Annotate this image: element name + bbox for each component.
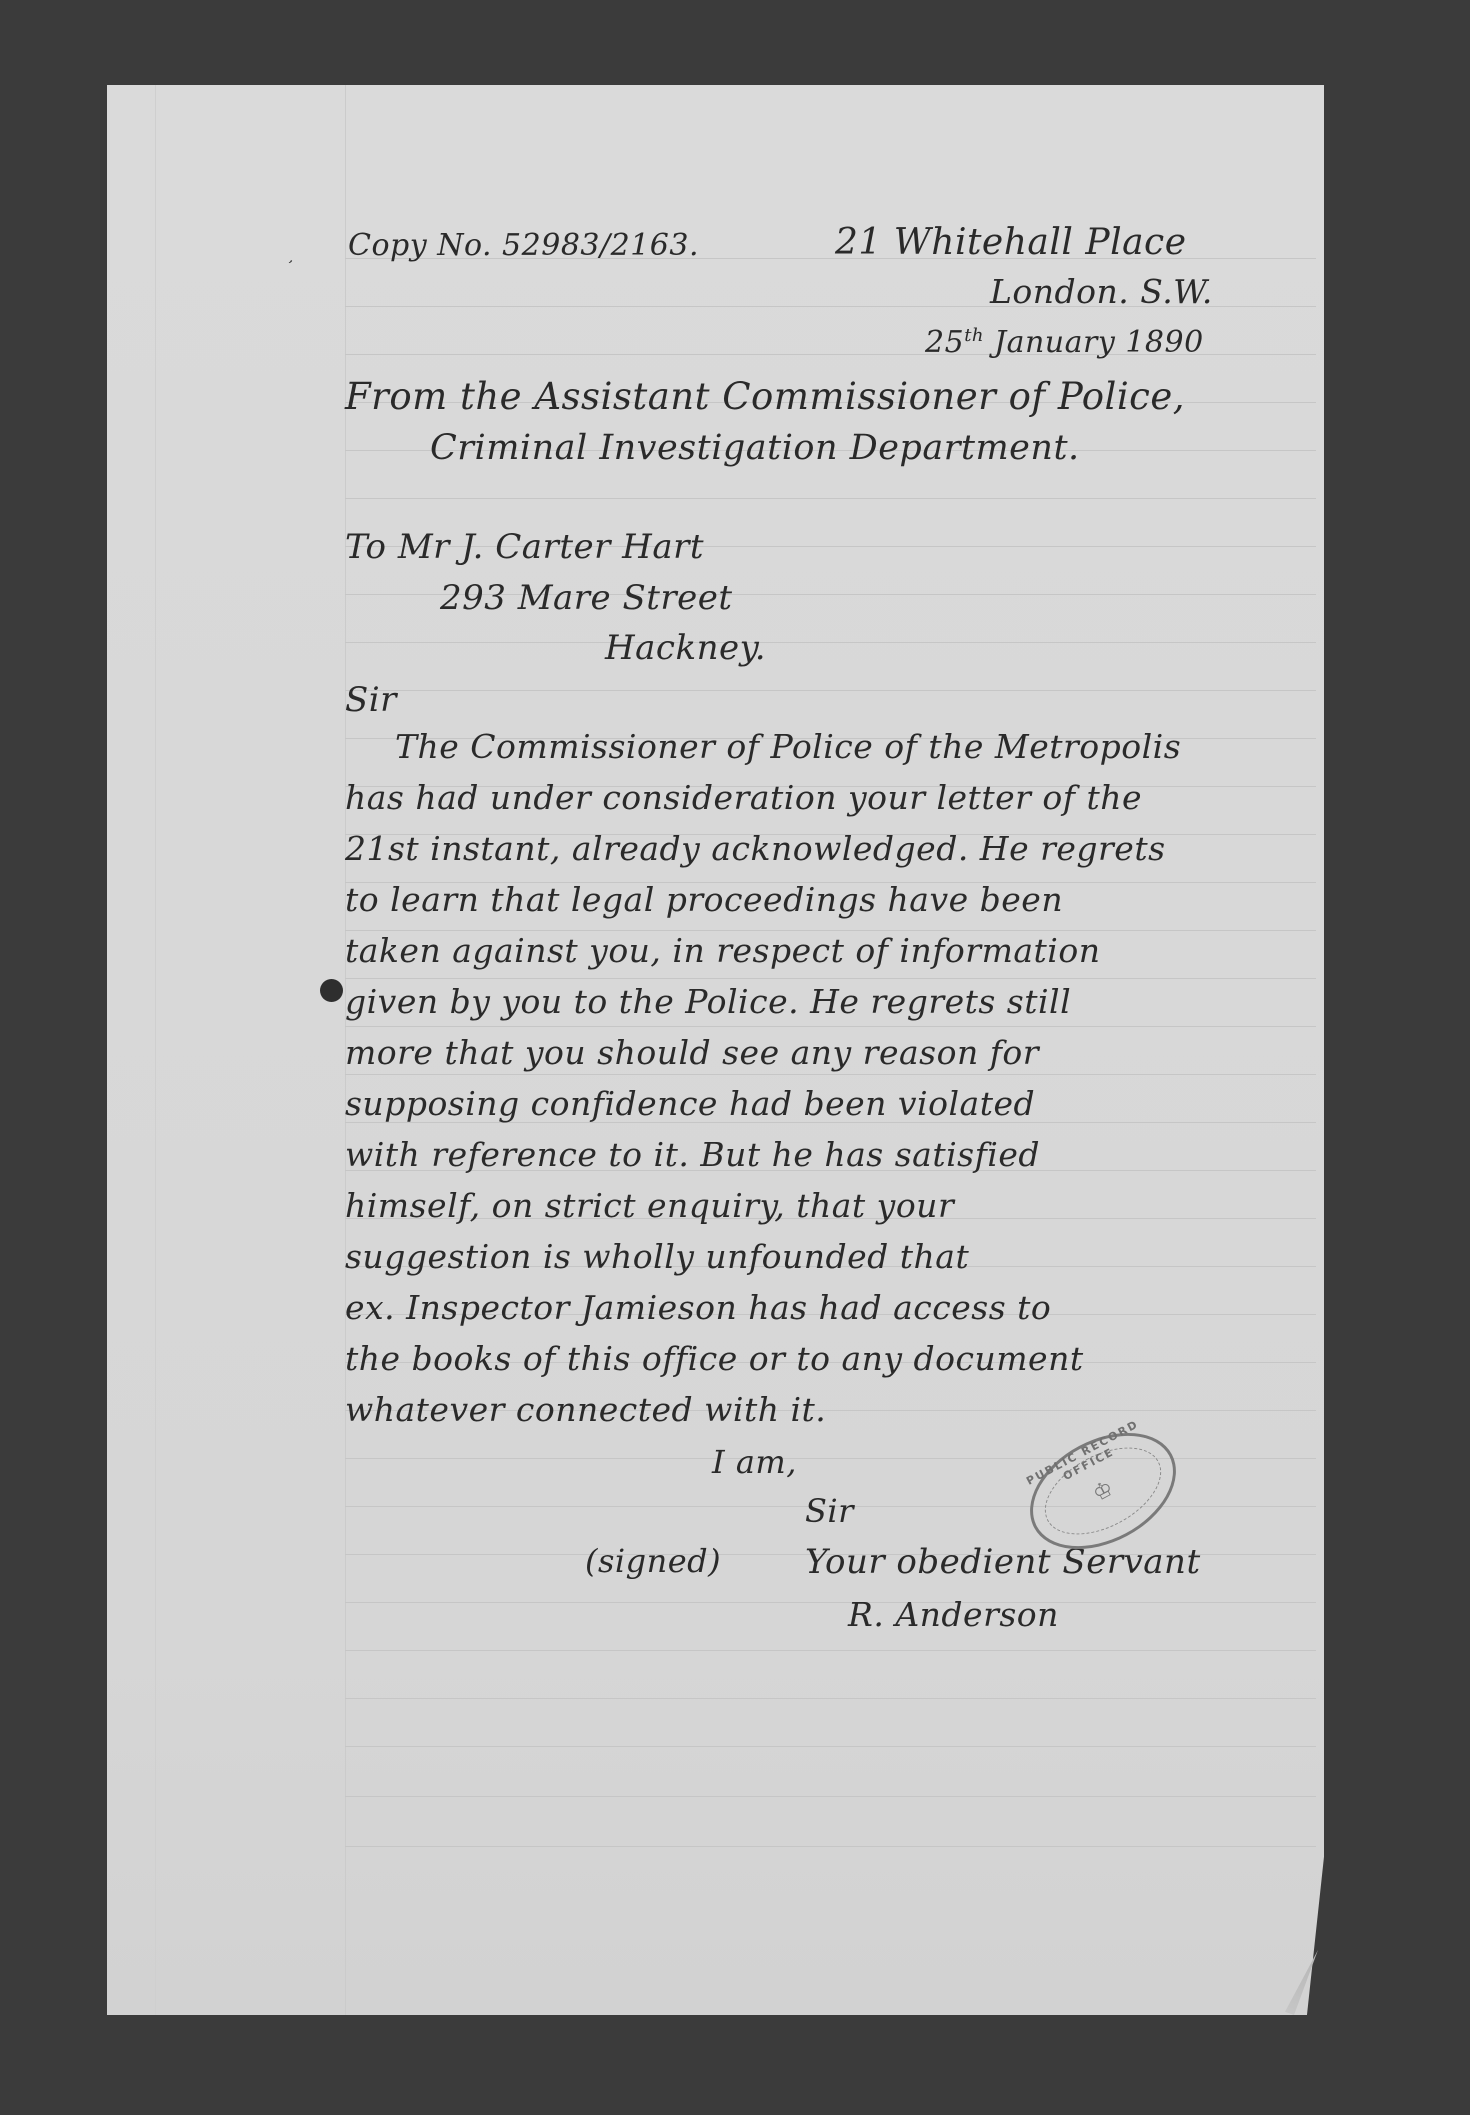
- body-line: whatever connected with it.: [345, 1390, 826, 1429]
- ruled-line: [345, 978, 1316, 979]
- date-rest: January 1890: [994, 325, 1204, 360]
- body-line: supposing confidence had been violated: [345, 1084, 1035, 1123]
- ruled-line: [345, 1602, 1316, 1603]
- closing-sir: Sir: [805, 1492, 854, 1530]
- letter-date: 25th January 1890: [925, 325, 1204, 360]
- sender-address-line1: 21 Whitehall Place: [835, 222, 1187, 263]
- body-line: ex. Inspector Jamieson has had access to: [345, 1288, 1051, 1327]
- punch-hole: [320, 979, 343, 1002]
- ruled-line: [345, 1074, 1316, 1075]
- recipient-name: To Mr J. Carter Hart: [345, 527, 704, 567]
- ruled-line: [345, 1698, 1316, 1699]
- ruled-line: [345, 1846, 1316, 1847]
- date-suffix: th: [964, 325, 984, 346]
- outer-margin-rule: [155, 85, 156, 2015]
- ruled-line: [345, 1796, 1316, 1797]
- recipient-street: 293 Mare Street: [440, 578, 733, 618]
- ink-speck: ,: [287, 250, 297, 267]
- body-line: The Commissioner of Police of the Metrop…: [395, 727, 1181, 766]
- recipient-district: Hackney.: [605, 628, 766, 668]
- date-day: 25: [925, 325, 964, 360]
- copy-reference: Copy No. 52983/2163.: [348, 228, 699, 263]
- ruled-line: [345, 642, 1316, 643]
- ruled-line: [345, 498, 1316, 499]
- ruled-line: [345, 690, 1316, 691]
- sender-address-line2: London. S.W.: [990, 272, 1213, 311]
- ruled-line: [345, 1746, 1316, 1747]
- body-line: suggestion is wholly unfounded that: [345, 1237, 969, 1276]
- salutation: Sir: [345, 680, 397, 720]
- body-line: given by you to the Police. He regrets s…: [345, 982, 1071, 1021]
- body-line: more that you should see any reason for: [345, 1033, 1039, 1072]
- body-line: taken against you, in respect of informa…: [345, 931, 1100, 970]
- closing-i-am: I am,: [712, 1443, 797, 1481]
- body-line: has had under consideration your letter …: [345, 778, 1142, 817]
- ruled-line: [345, 1026, 1316, 1027]
- body-line: with reference to it. But he has satisfi…: [345, 1135, 1040, 1174]
- body-line: the books of this office or to any docum…: [345, 1339, 1084, 1378]
- signature: R. Anderson: [848, 1595, 1059, 1634]
- signed-note: (signed): [585, 1542, 721, 1580]
- body-line: 21st instant, already acknowledged. He r…: [345, 829, 1166, 868]
- body-line: to learn that legal proceedings have bee…: [345, 880, 1063, 919]
- closing-servant: Your obedient Servant: [805, 1542, 1201, 1582]
- body-line: himself, on strict enquiry, that your: [345, 1186, 954, 1225]
- from-line1: From the Assistant Commissioner of Polic…: [345, 375, 1185, 418]
- ruled-line: [345, 1650, 1316, 1651]
- from-line2: Criminal Investigation Department.: [430, 428, 1080, 468]
